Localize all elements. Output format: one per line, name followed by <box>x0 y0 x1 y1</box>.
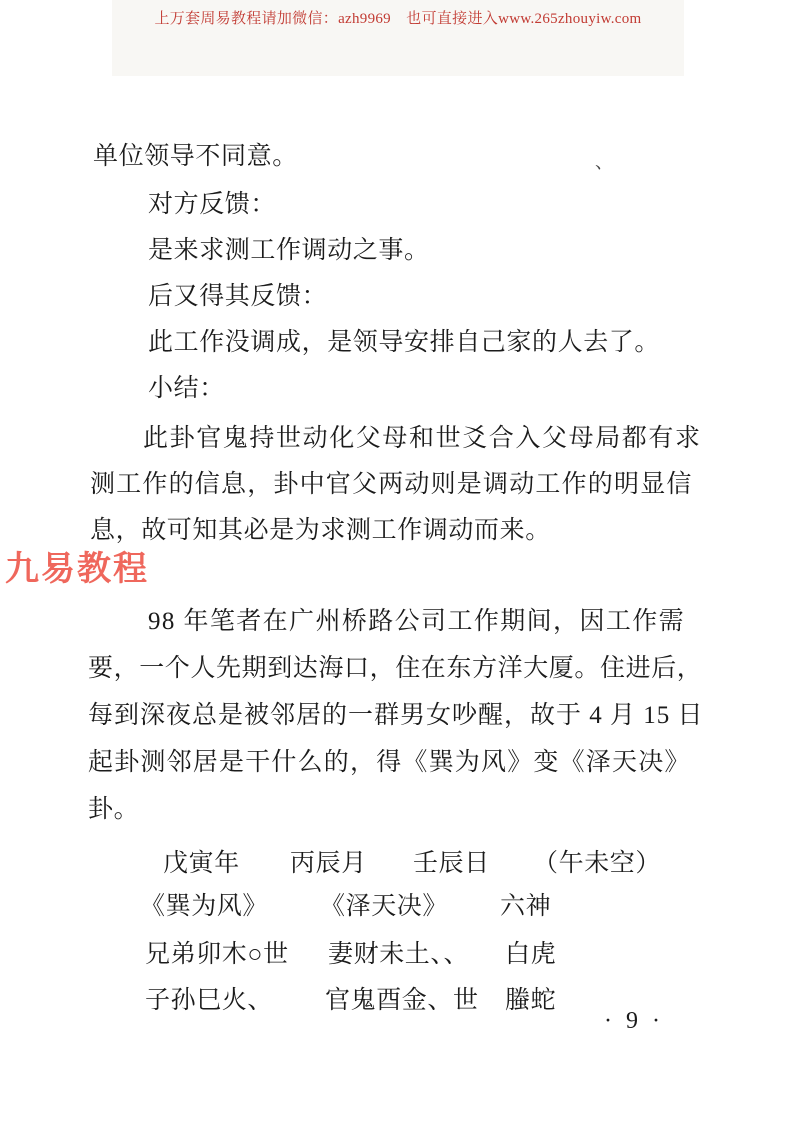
yao-line-original-cell: 兄弟卯木○世 <box>145 934 289 970</box>
liushen-cell: 螣蛇 <box>505 980 556 1016</box>
paragraph-line: 要，一个人先期到达海口，住在东方洋大厦。住进后， <box>88 653 702 685</box>
paragraph-line: 对方反馈： <box>148 189 276 221</box>
yao-line-original-cell: 子孙巳火、 <box>145 980 273 1016</box>
promo-header-text: 上万套周易教程请加微信：azh9969 也可直接进入www.265zhouyiw… <box>112 7 684 28</box>
scanned-book-page: 上万套周易教程请加微信：azh9969 也可直接进入www.265zhouyiw… <box>0 0 794 1123</box>
page-number: · 9 · <box>604 1008 664 1035</box>
paragraph-line: 是来求测工作调动之事。 <box>148 235 430 267</box>
original-hexagram-name: 《巽为风》 <box>140 886 268 922</box>
void-branches-cell: （午未空） <box>533 843 661 879</box>
yao-line-changed-cell: 官鬼酉金、世 <box>325 980 479 1016</box>
paragraph-line: 测工作的信息，卦中官父两动则是调动工作的明显信 <box>90 469 693 501</box>
ganzhi-year-cell: 戊寅年 <box>163 843 240 879</box>
changed-hexagram-name: 《泽天决》 <box>320 886 448 922</box>
paragraph-line: 息，故可知其必是为求测工作调动而来。 <box>90 515 551 547</box>
paragraph-line: 小结： <box>148 373 225 405</box>
watermark-logo-text: 九易教程 <box>5 541 149 590</box>
paragraph-line: 卦。 <box>88 794 139 826</box>
paragraph-line: 此卦官鬼持世动化父母和世爻合入父母局都有求 <box>143 423 702 455</box>
paragraph-line: 每到深夜总是被邻居的一群男女吵醒，故于 4 月 15 日 <box>88 700 704 732</box>
yao-line-changed-cell: 妻财未土、、 <box>328 934 469 970</box>
paragraph-line: 起卦测邻居是干什么的，得《巽为风》变《泽天决》 <box>88 747 691 779</box>
liushen-cell: 白虎 <box>505 934 556 970</box>
paragraph-line: 98 年笔者在广州桥路公司工作期间，因工作需 <box>148 606 685 638</box>
ganzhi-day-cell: 壬辰日 <box>413 843 490 879</box>
paragraph-line: 此工作没调成，是领导安排自己家的人去了。 <box>148 327 660 359</box>
scan-stray-mark: 、 <box>595 148 613 174</box>
paragraph-line: 后又得其反馈： <box>148 281 327 313</box>
liushen-column-header: 六神 <box>500 886 551 922</box>
ganzhi-month-cell: 丙辰月 <box>290 843 367 879</box>
paragraph-line: 单位领导不同意。 <box>93 141 298 173</box>
